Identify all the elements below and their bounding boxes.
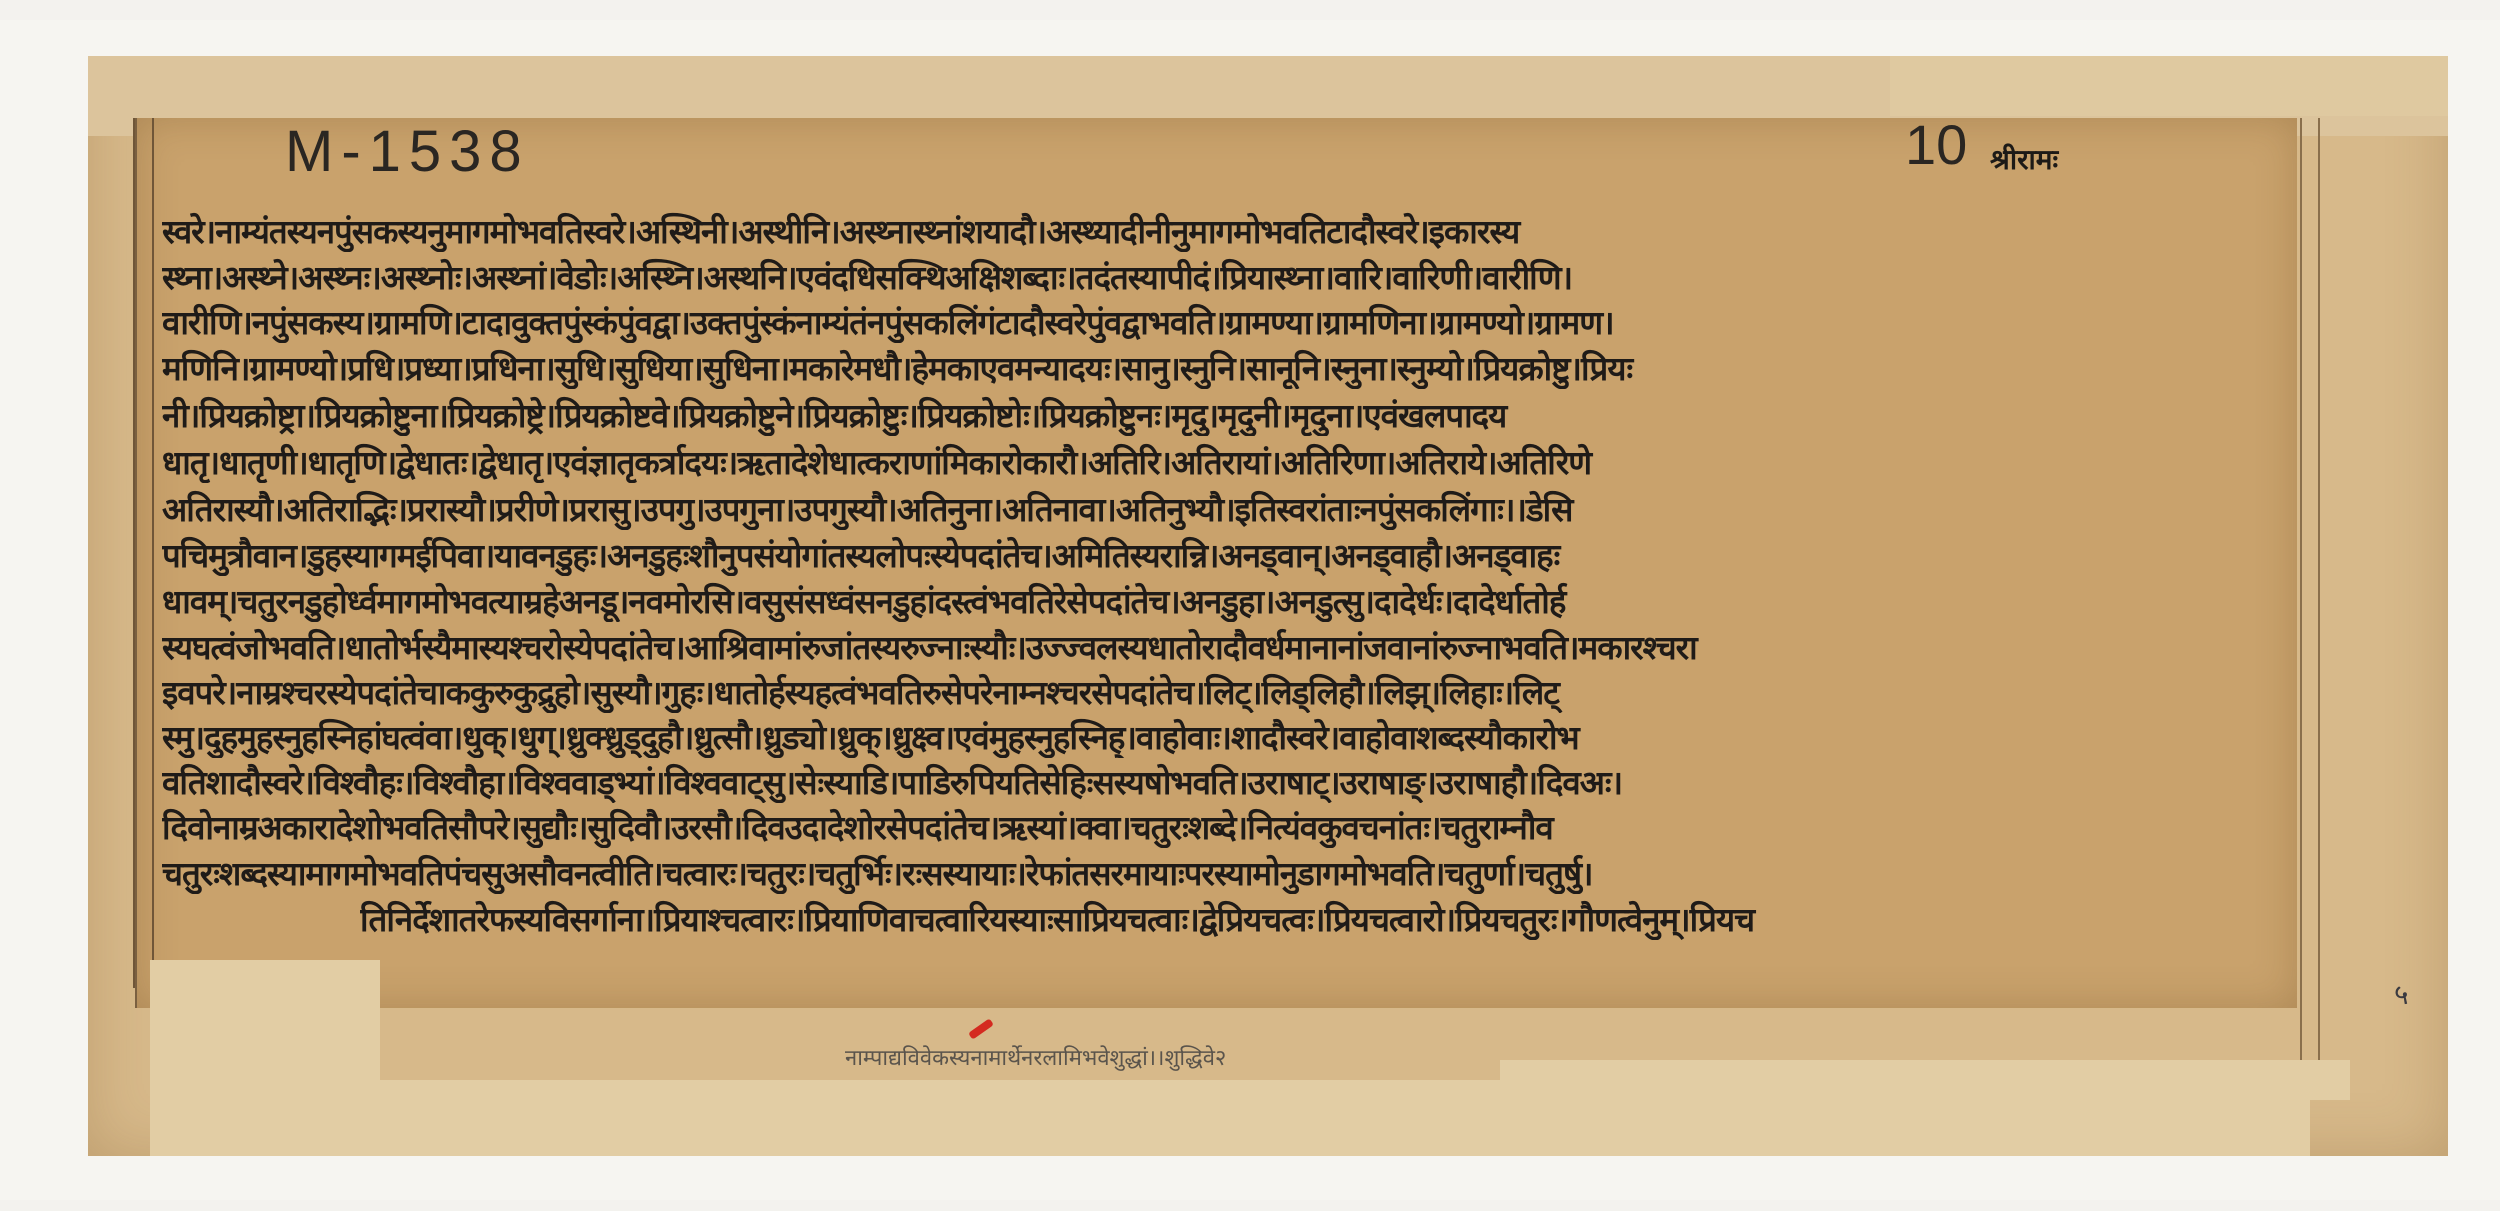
text-line: चतुरःशब्दस्यामागमोभवतिपंचसुअसौवनत्वीति।च… [162,854,2297,894]
folio-number: 10 [1905,112,1967,177]
footer-annotation: नाम्पाद्यविवेकस्यनामार्थेनरलामिभवेशुद्धा… [845,1042,1226,1072]
text-line: मणिनि।ग्रामण्यो।प्रधि।प्रध्या।प्रधिना।सु… [162,349,2297,389]
text-line: वतिशादौस्वरे।विश्वौहः।विश्वौहा।विश्ववाड्… [162,763,2297,803]
text-line: स्मु।दुहमुहस्नुहस्निहांघत्वंवा।धुक्।धुग्… [162,718,2297,758]
text-line: वारीणि।नपुंसकस्य।ग्रामणि।टादावुक्तपुंस्क… [162,303,2297,343]
torn-area-top-right [1890,56,2448,116]
text-line: इवपरे।नाम्रश्चरस्येपदांतेचाककुरुकुद्रुहो… [162,673,2297,713]
text-line: दिवोनाम्रअकारादेशोभवतिसौपरे।सुद्यौः।सुदि… [162,808,2297,848]
text-line: स्यघत्वंजोभवति।धातोर्भस्यैमास्यश्चरोस्ये… [162,628,2297,668]
shelfmark-label: M-1538 [285,118,530,185]
text-line: तिनिर्देशातरेफस्यविसर्गाना।प्रियाश्चत्वा… [360,900,2295,940]
margin-rule-left-inner [152,118,154,988]
margin-rule-right-outer [2318,118,2320,1098]
text-line: धातृ।धातृणी।धातृणि।द्वेधातः।द्वेधातृ।एवं… [162,443,2297,483]
text-line: अतिरास्यौ।अतिराद्भिः।प्ररास्यौ।प्ररीणे।प… [162,490,2297,530]
margin-rule-left-outer [133,118,135,988]
margin-rule-right-inner [2300,118,2302,1098]
torn-area-bottom-right [1500,1060,2350,1100]
corner-number: ५ [2394,975,2409,1013]
text-line: धावम्।चतुरनडुहोर्ध्वमागमोभवत्याम्रहेअनडू… [162,582,2297,622]
marginal-title: श्रीरामः [1990,140,2058,178]
text-line: नी।प्रियक्रोष्ट्रा।प्रियक्रोष्टुना।प्रिय… [162,396,2297,436]
text-line: स्वरे।नाम्यंतस्यनपुंसकस्यनुमागमोभवतिस्वर… [162,212,2297,252]
text-line: पचिमुत्रौवान।डुहस्यागमईपिवा।यावनडुहः।अनड… [162,536,2297,576]
text-line: स्थ्ना।अस्थ्ने।अस्थ्नः।अस्थ्नोः।अस्थ्नां… [162,258,2297,298]
